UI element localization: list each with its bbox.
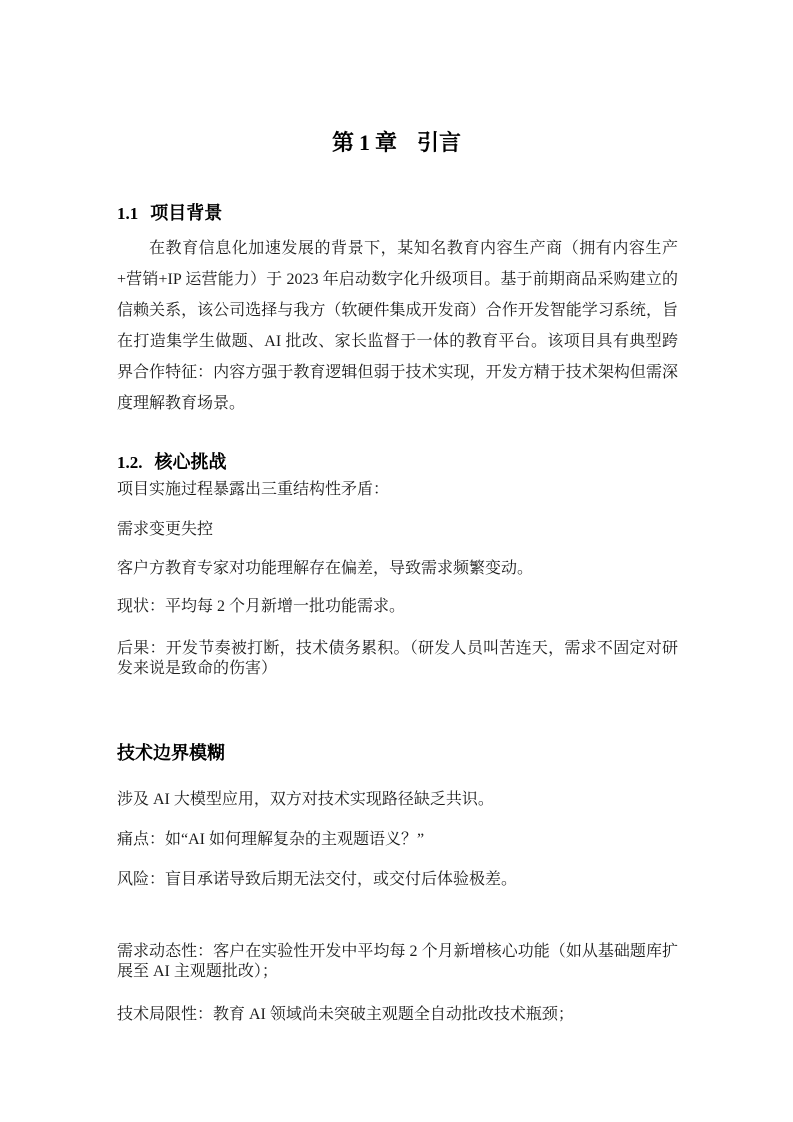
- chapter-suffix: 章: [375, 130, 397, 155]
- section-1-1-heading: 1.1项目背景: [117, 201, 678, 226]
- section-1-1-number: 1.1: [117, 204, 138, 223]
- challenge-1-description: 客户方教育专家对功能理解存在偏差，导致需求频繁变动。: [117, 559, 678, 579]
- challenge-1-title: 需求变更失控: [117, 520, 678, 540]
- document-page: 第1章引言 1.1项目背景 在教育信息化加速发展的背景下，某知名教育内容生产商（…: [0, 0, 793, 1122]
- challenge-1-result: 后果：开发节奏被打断，技术债务累积。（研发人员叫苦连天，需求不固定对研发来说是致…: [117, 639, 678, 679]
- chapter-prefix: 第: [332, 130, 354, 155]
- note-demand-dynamics: 需求动态性：客户在实验性开发中平均每 2 个月新增核心功能（如从基础题库扩展至 …: [117, 942, 678, 982]
- section-1-2-number: 1.2.: [117, 453, 143, 472]
- challenge-1-status: 现状：平均每 2 个月新增一批功能需求。: [117, 597, 678, 617]
- section-1-2-title: 核心挑战: [155, 452, 227, 472]
- challenge-2-title: 技术边界模糊: [117, 742, 678, 764]
- challenge-2-risk: 风险：盲目承诺导致后期无法交付，或交付后体验极差。: [117, 870, 678, 890]
- chapter-number: 1: [359, 130, 370, 155]
- note-tech-limitation: 技术局限性：教育 AI 领域尚未突破主观题全自动批改技术瓶颈；: [117, 1005, 678, 1025]
- section-1-2-intro: 项目实施过程暴露出三重结构性矛盾：: [117, 480, 678, 500]
- challenge-2-description: 涉及 AI 大模型应用，双方对技术实现路径缺乏共识。: [117, 790, 678, 810]
- chapter-title-text: 引言: [417, 130, 461, 155]
- chapter-heading: 第1章引言: [0, 129, 793, 157]
- section-1-2-heading: 1.2.核心挑战: [117, 450, 678, 475]
- challenge-2-pain-point: 痛点：如“AI 如何理解复杂的主观题语义？”: [117, 830, 678, 850]
- section-1-1-title: 项目背景: [150, 203, 222, 223]
- project-background-paragraph: 在教育信息化加速发展的背景下，某知名教育内容生产商（拥有内容生产+营销+IP 运…: [117, 233, 678, 419]
